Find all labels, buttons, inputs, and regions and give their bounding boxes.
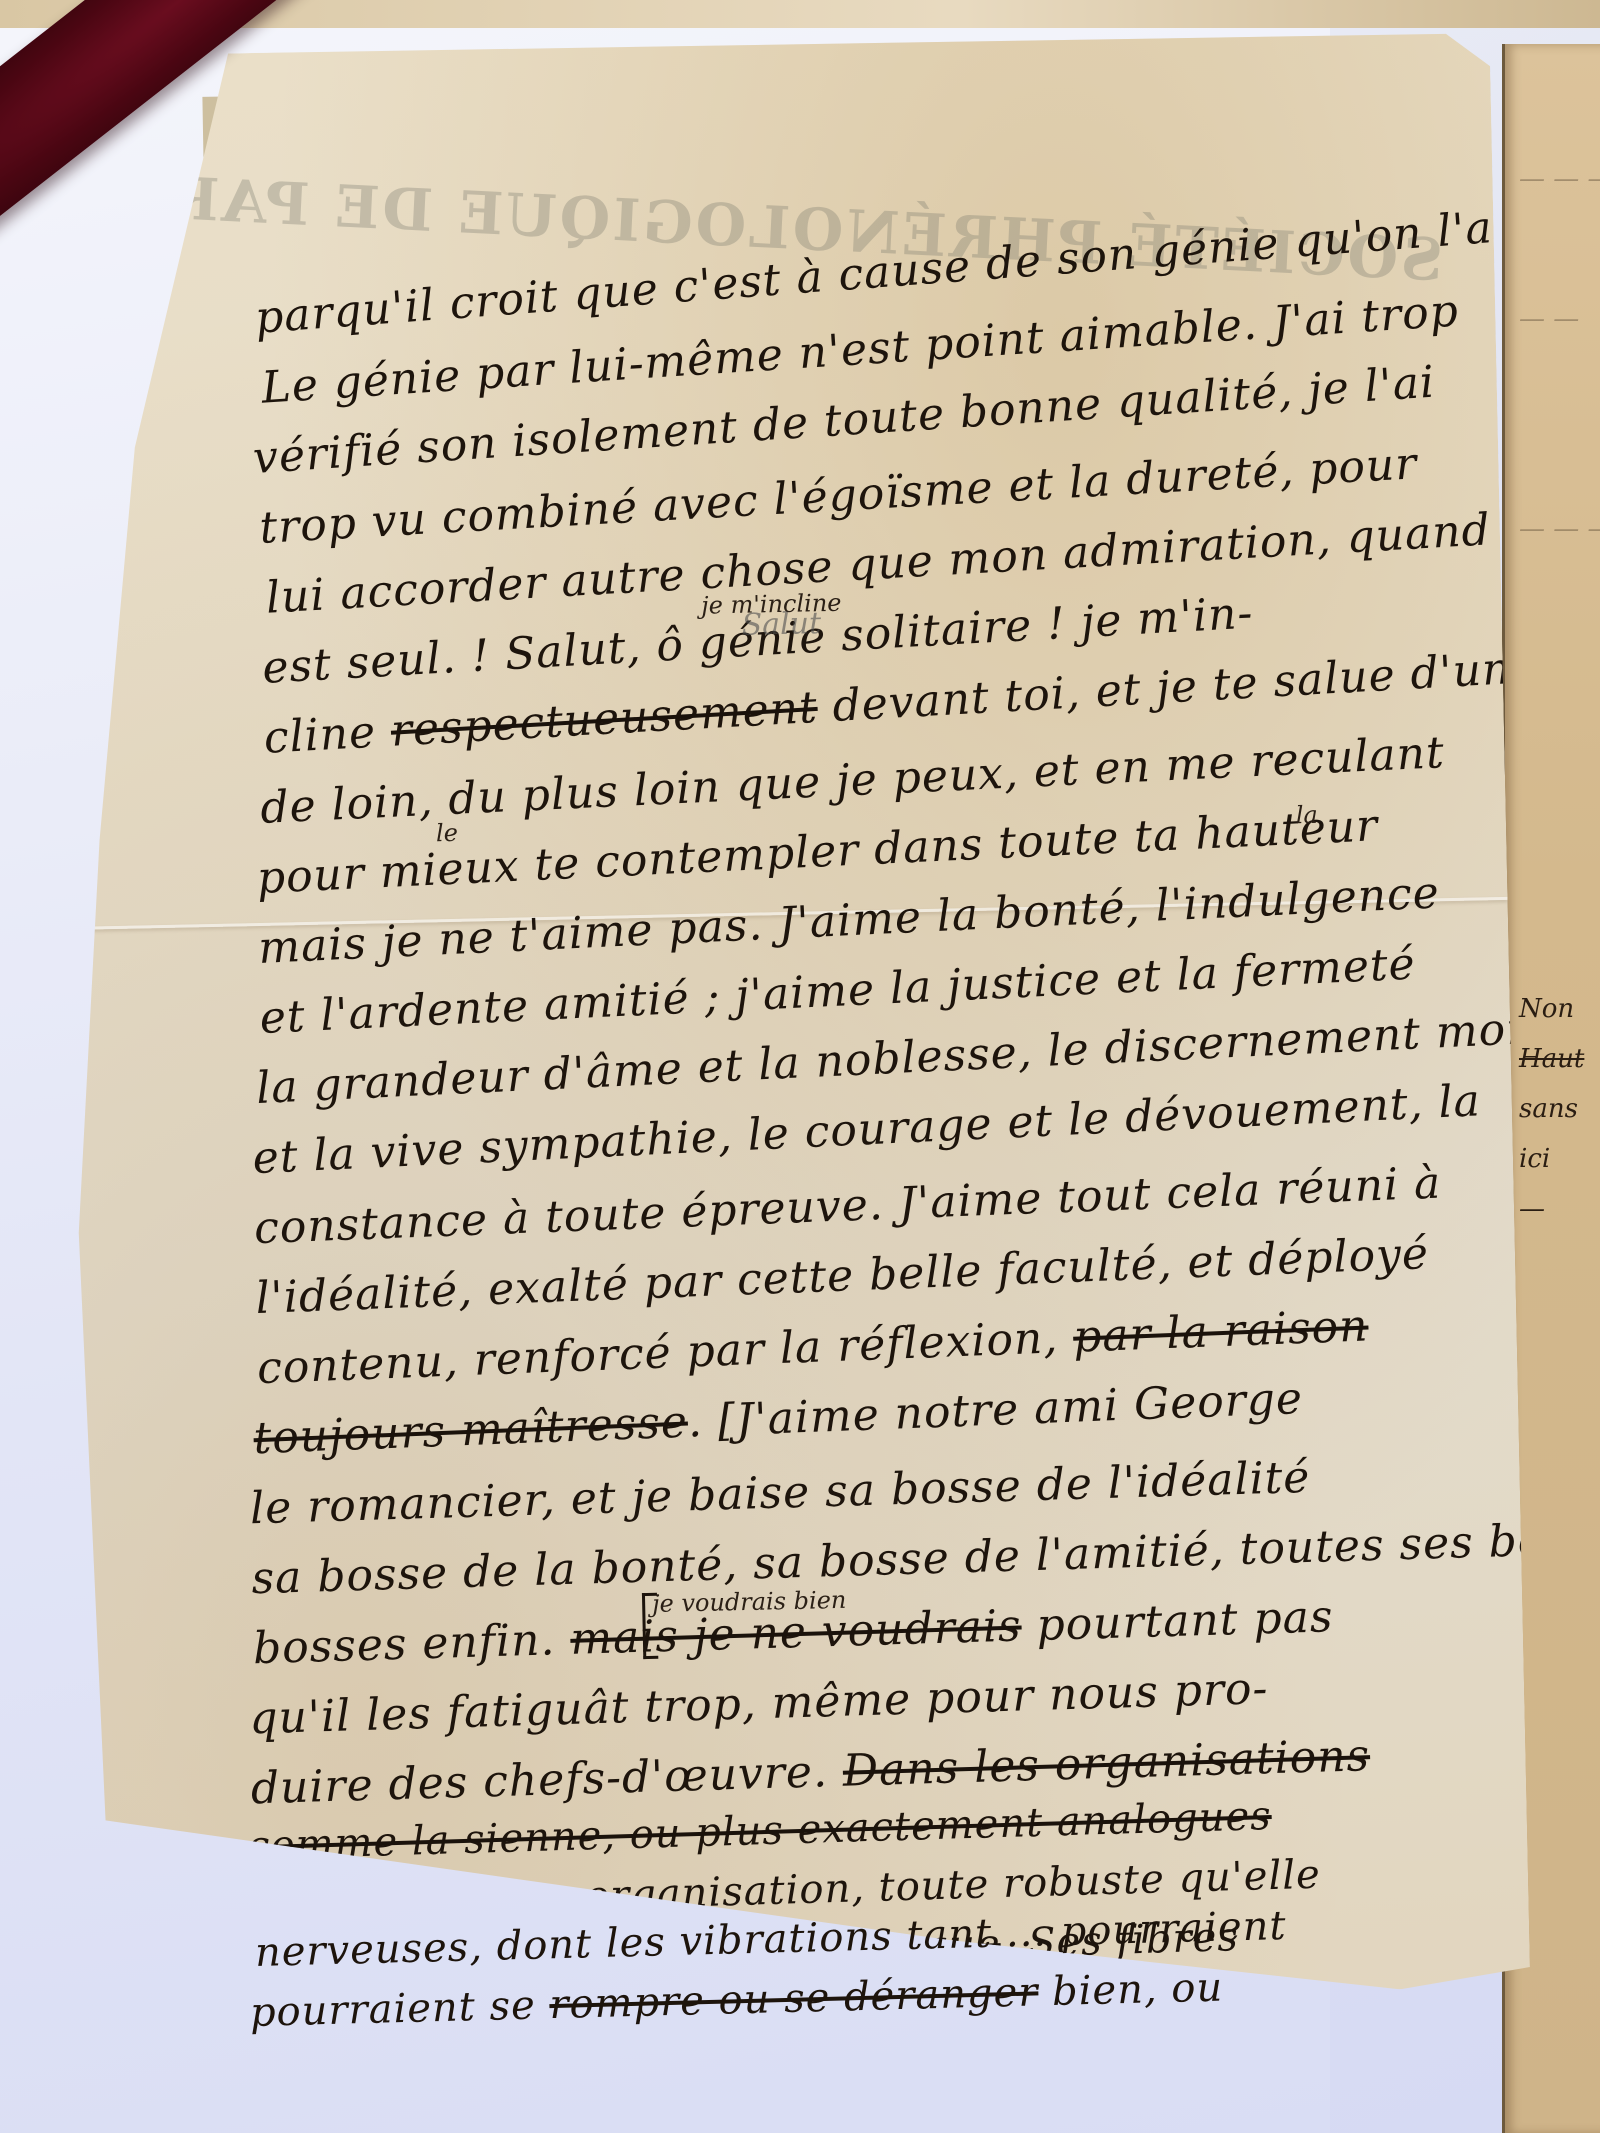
manuscript-line: qu'il les fatiguât trop, même pour nous … — [249, 1663, 1269, 1744]
interlinear-correction: le — [436, 819, 458, 847]
adjacent-page-fragment: Non — [1519, 994, 1574, 1024]
faint-ink-fragment: — — — [1519, 304, 1579, 334]
adjacent-page-fragment: Haut — [1519, 1044, 1584, 1074]
interlinear-correction: la — [1295, 801, 1318, 829]
faint-ink-fragment: — — — — [1519, 164, 1600, 194]
adjacent-page-fragment: ici — [1519, 1144, 1550, 1174]
manuscript-line: le romancier, et je baise sa bosse de l'… — [249, 1452, 1311, 1534]
manuscript-page: SOCIÉTÉ PHRÉNOLOGIQUE DE PARIS. parqu'il… — [40, 27, 1531, 2017]
adjacent-page-fragment: sans — [1519, 1094, 1578, 1124]
adjacent-page-fragment: — — [1519, 1194, 1545, 1224]
insertion-bracket — [642, 1593, 658, 1659]
interlinear-correction: je voudrais bien — [652, 1586, 847, 1618]
interlinear-correction: je m'incline — [701, 589, 842, 620]
faint-ink-fragment: — — — — [1519, 514, 1600, 544]
manuscript-lines: parqu'il croit que c'est à cause de son … — [40, 27, 1531, 2017]
